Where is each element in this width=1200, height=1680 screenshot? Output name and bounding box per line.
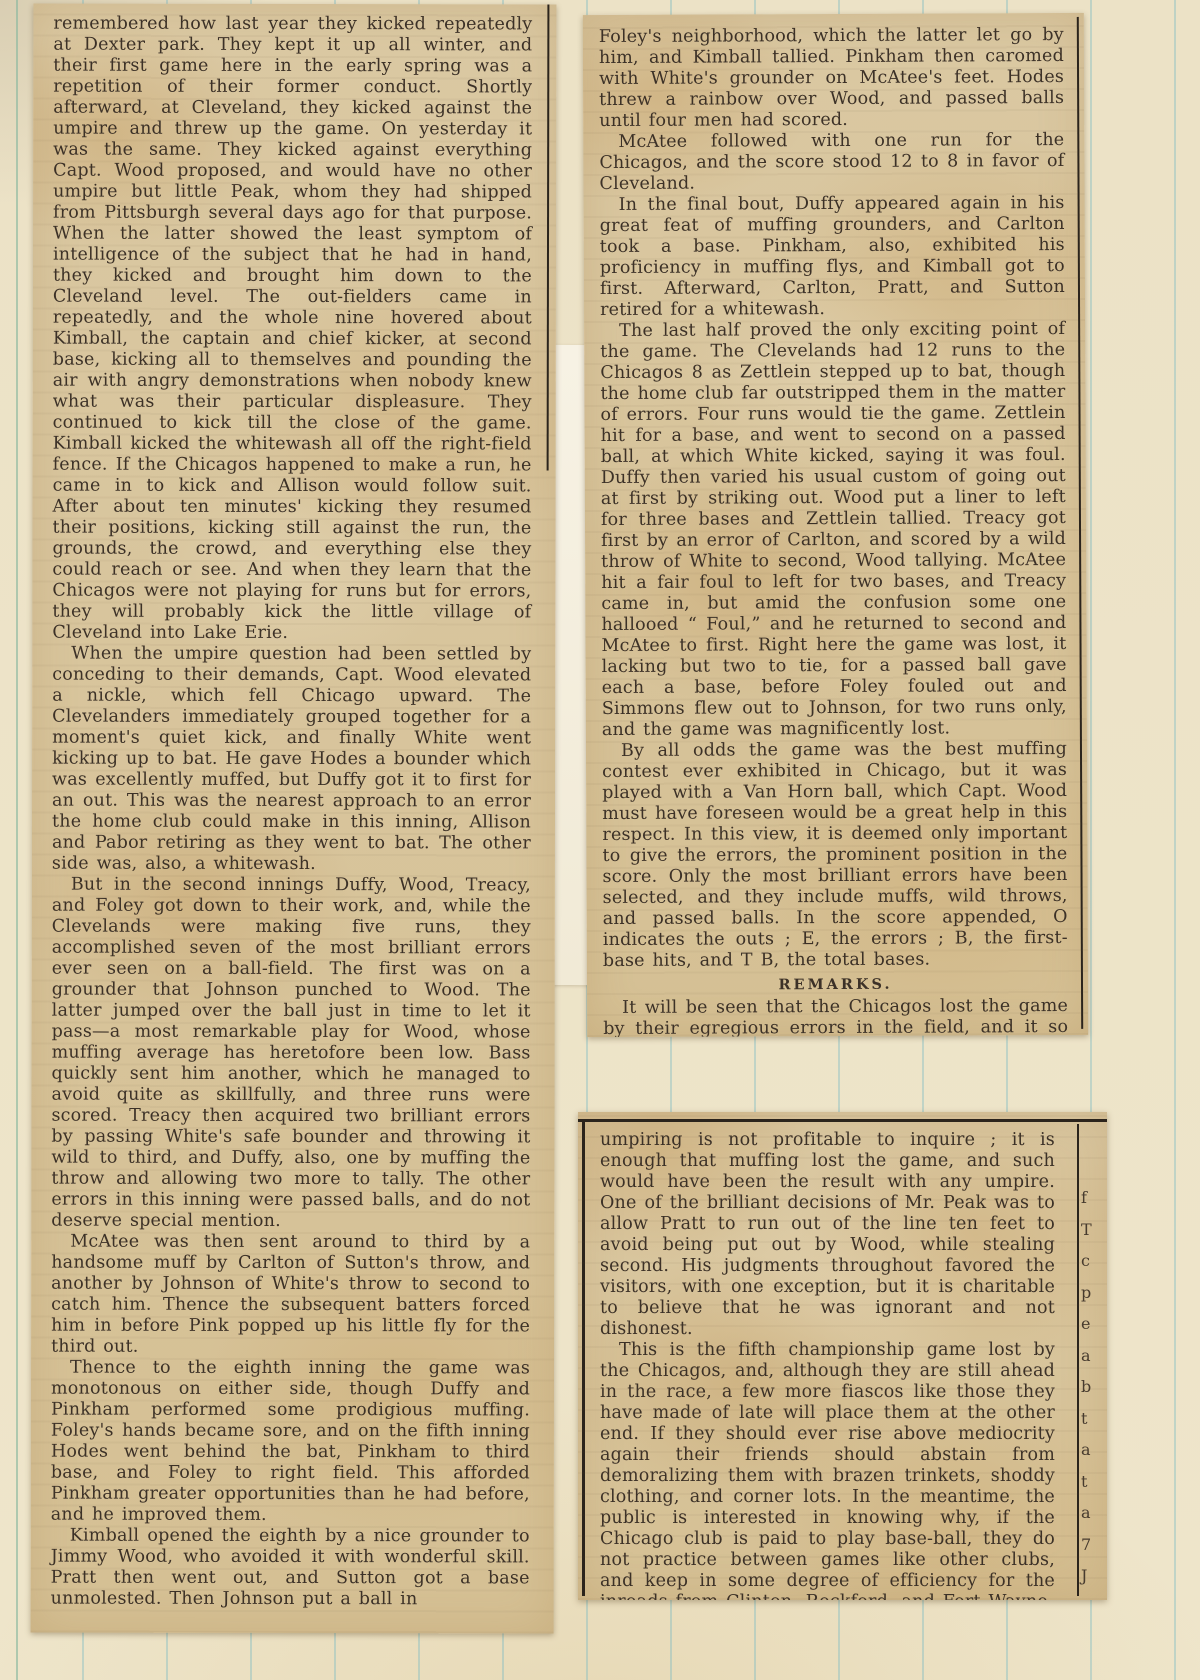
- article-paragraph: Kimball opened the eighth by a nice grou…: [51, 1526, 530, 1611]
- remarks-heading: REMARKS.: [603, 973, 1068, 996]
- article-paragraph: It will be seen that the Chicagos lost t…: [603, 996, 1069, 1037]
- column-rule: [547, 4, 550, 470]
- article-paragraph: The last half proved the only exciting p…: [600, 319, 1067, 741]
- article-paragraph: Foley's neighborhood, which the latter l…: [599, 25, 1064, 132]
- article-paragraph: umpiring is not profitable to inquire ; …: [600, 1130, 1055, 1340]
- article-paragraph: Thence to the eighth inning the game was…: [51, 1358, 530, 1527]
- column-rule: [1077, 1124, 1079, 1596]
- article-paragraph: By all odds the game was the best muffin…: [602, 739, 1068, 972]
- left-newspaper-clipping: remembered how last year they kicked rep…: [31, 4, 557, 1634]
- right-bottom-newspaper-clipping: f T c p e a b t a t a 7 J umpiring is no…: [578, 1112, 1107, 1600]
- ledger-margin-line: [16, 0, 18, 1680]
- article-paragraph: remembered how last year they kicked rep…: [52, 14, 532, 645]
- right-top-newspaper-clipping: Foley's neighborhood, which the latter l…: [583, 13, 1088, 1037]
- column-rule: [1077, 17, 1083, 1029]
- article-paragraph: McAtee was then sent around to third by …: [51, 1232, 530, 1359]
- clipping-border-left: [582, 1119, 585, 1596]
- cutoff-column-letter-fragments: f T c p e a b t a t a 7 J: [1081, 1182, 1101, 1592]
- article-paragraph: McAtee followed with one run for the Chi…: [599, 130, 1064, 195]
- clipping-border-top: [578, 1119, 1107, 1122]
- article-paragraph: When the umpire question had been settle…: [52, 644, 531, 876]
- article-paragraph: This is the fifth championship game lost…: [600, 1340, 1055, 1600]
- scrapbook-page: remembered how last year they kicked rep…: [0, 0, 1200, 1680]
- article-paragraph: But in the second innings Duffy, Wood, T…: [51, 875, 531, 1233]
- article-paragraph: In the final bout, Duffy appeared again …: [600, 193, 1066, 321]
